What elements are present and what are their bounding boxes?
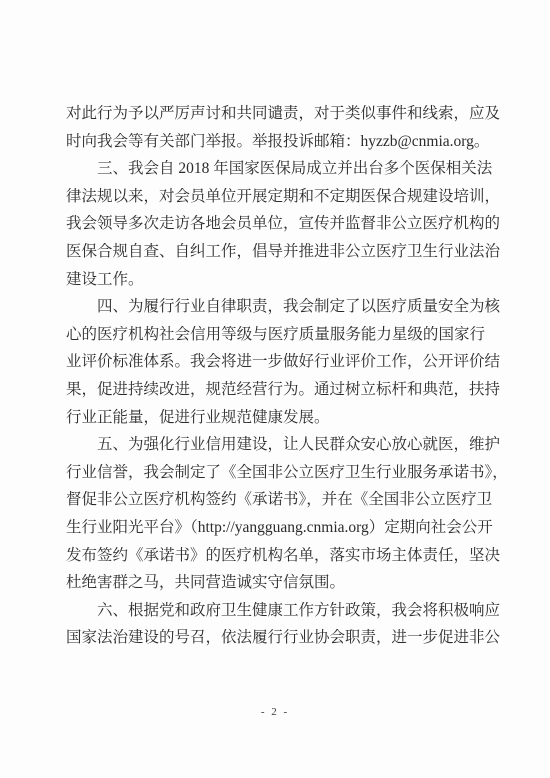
text-line: 发布签约《承诺书》的医疗机构名单，落实市场主体责任，坚决	[66, 542, 485, 570]
text-line: 对此行为予以严厉声讨和共同谴责，对于类似事件和线索，应及	[66, 100, 485, 128]
text-line: 四、为履行行业自律职责，我会制定了以医疗质量安全为核	[66, 293, 485, 321]
text-line: 三、我会自 2018 年国家医保局成立并出台多个医保相关法	[66, 155, 485, 183]
text-line: 律法规以来，对会员单位开展定期和不定期医保合规建设培训，	[66, 183, 485, 211]
text-line: 生行业阳光平台》（http://yangguang.cnmia.org）定期向社…	[66, 514, 485, 542]
text-line: 行业信誉，我会制定了《全国非公立医疗卫生行业服务承诺书》，	[66, 459, 485, 487]
text-line: 果，促进持续改进，规范经营行为。通过树立标杆和典范，扶持	[66, 376, 485, 404]
text-line: 五、为强化行业信用建设，让人民群众安心放心就医，维护	[66, 431, 485, 459]
text-line: 心的医疗机构社会信用等级与医疗质量服务能力星级的国家行	[66, 321, 485, 349]
text-line: 业评价标准体系。我会将进一步做好行业评价工作，公开评价结	[66, 348, 485, 376]
text-line: 杜绝害群之马，共同营造诚实守信氛围。	[66, 569, 485, 597]
text-line: 国家法治建设的号召，依法履行行业协会职责，进一步促进非公	[66, 624, 485, 652]
text-line: 六、根据党和政府卫生健康工作方针政策，我会将积极响应	[66, 597, 485, 625]
text-line: 行业正能量，促进行业规范健康发展。	[66, 404, 485, 432]
text-line: 建设工作。	[66, 266, 485, 294]
page-number: - 2 -	[0, 706, 550, 718]
text-line: 时向我会等有关部门举报。举报投诉邮箱：hyzzb@cnmia.org。	[66, 128, 485, 156]
document-page: 对此行为予以严厉声讨和共同谴责，对于类似事件和线索，应及时向我会等有关部门举报。…	[0, 0, 550, 778]
text-line: 医保合规自查、自纠工作，倡导并推进非公立医疗卫生行业法治	[66, 238, 485, 266]
text-line: 督促非公立医疗机构签约《承诺书》，并在《全国非公立医疗卫	[66, 486, 485, 514]
text-line: 我会领导多次走访各地会员单位，宣传并监督非公立医疗机构的	[66, 210, 485, 238]
document-text-block: 对此行为予以严厉声讨和共同谴责，对于类似事件和线索，应及时向我会等有关部门举报。…	[66, 100, 485, 652]
